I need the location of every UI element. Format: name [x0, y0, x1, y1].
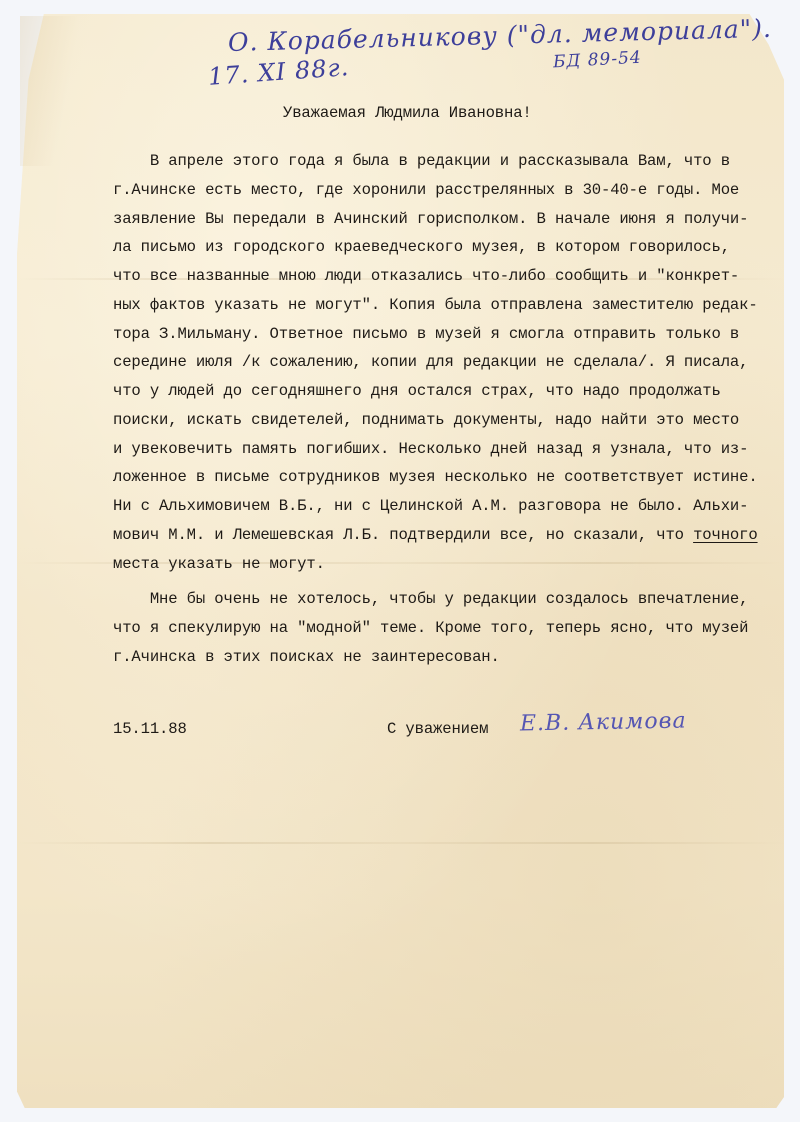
letter-line: что у людей до сегодняшнего дня остался … [113, 382, 721, 400]
letter-line: г.Ачинска в этих поисках не заинтересова… [113, 648, 500, 666]
letter-line: середине июля /к сожалению, копии для ре… [113, 353, 748, 371]
letter-line: и увековечить память погибших. Несколько… [113, 440, 748, 458]
letter-line: ных фактов указать не могут". Копия была… [113, 296, 758, 314]
line-text: мович М.М. и Лемешевская Л.Б. подтвердил… [113, 526, 693, 544]
letter-line: Мне бы очень не хотелось, чтобы у редакц… [113, 590, 748, 608]
letter-line: Ни с Альхимовичем В.Б., ни с Целинской А… [113, 497, 748, 515]
letter-line: ла письмо из городского краеведческого м… [113, 238, 730, 256]
signature: Е.В. Акимова [520, 709, 687, 737]
salutation: Уважаемая Людмила Ивановна! [283, 104, 532, 122]
scanned-letter: О. Корабельникову ("дл. мемориала"). 17.… [0, 0, 800, 1122]
letter-line: заявление Вы передали в Ачинский гориспо… [113, 210, 748, 228]
letter-line: что я спекулирую на "модной" теме. Кроме… [113, 619, 748, 637]
underlined-word: точного [693, 526, 757, 544]
letter-line-underlined: мович М.М. и Лемешевская Л.Б. подтвердил… [113, 526, 758, 544]
letter-line: поиски, искать свидетелей, поднимать док… [113, 411, 739, 429]
letter-line: г.Ачинске есть место, где хоронили расст… [113, 181, 739, 199]
letter-line: ложенное в письме сотрудников музея неск… [113, 468, 758, 486]
letter-line: что все названные мною люди отказались ч… [113, 267, 739, 285]
closing: С уважением [387, 720, 488, 738]
letter-line: места указать не могут. [113, 555, 325, 573]
letter-line: тора З.Мильману. Ответное письмо в музей… [113, 325, 739, 343]
letter-line: В апреле этого года я была в редакции и … [113, 152, 730, 170]
letter-date: 15.11.88 [113, 720, 187, 738]
fold-line [17, 842, 784, 844]
